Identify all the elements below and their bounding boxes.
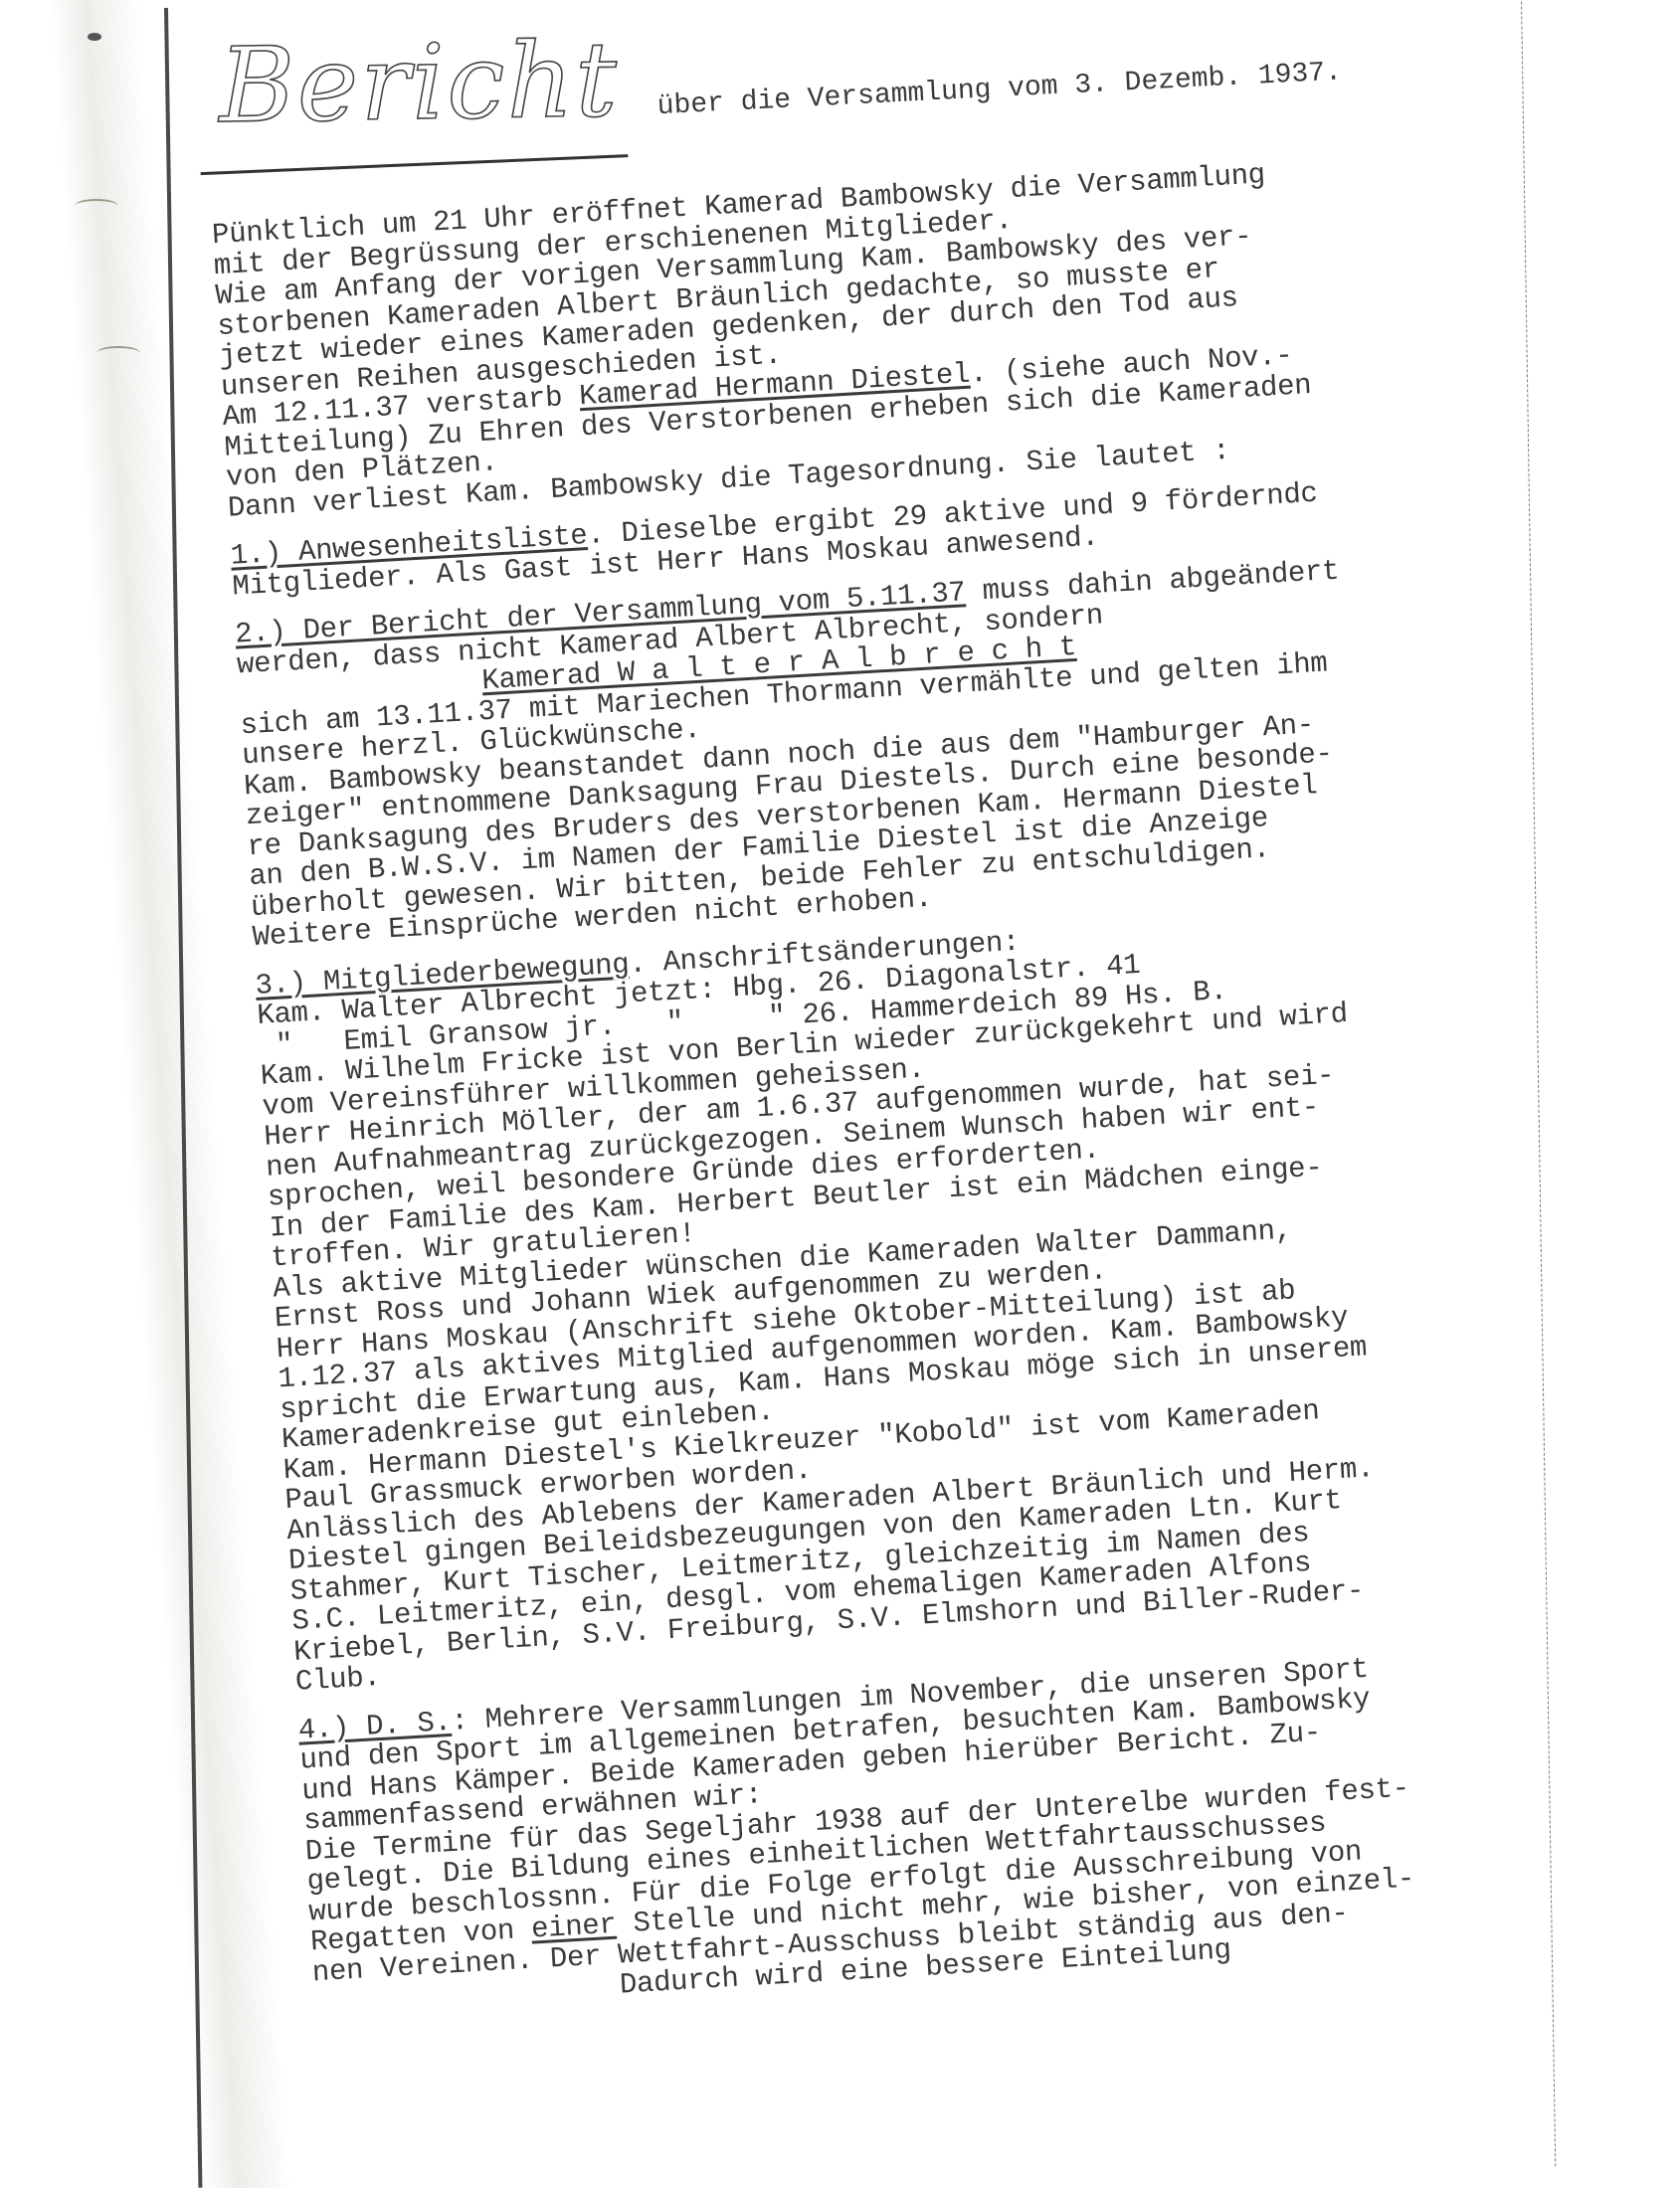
item-3-paragraph: Kam. Walter Albrecht jetzt: Hbg. 26. Dia…: [257, 925, 1617, 1698]
binder-hole-bottom: [96, 346, 140, 360]
binder-hole-top: [75, 199, 118, 213]
title-block: Bericht über die Versammlung vom 3. Deze…: [198, 0, 1493, 176]
title-underline: [201, 154, 629, 175]
report-body: Pünktlich um 21 Uhr eröffnet Kamerad Bam…: [211, 145, 1635, 2019]
subtitle: über die Versammlung vom 3. Dezemb. 1937…: [656, 57, 1343, 122]
punch-mark: [88, 33, 101, 41]
typewritten-page: Bericht über die Versammlung vom 3. Deze…: [164, 0, 1556, 2188]
script-title: Bericht: [218, 19, 620, 146]
